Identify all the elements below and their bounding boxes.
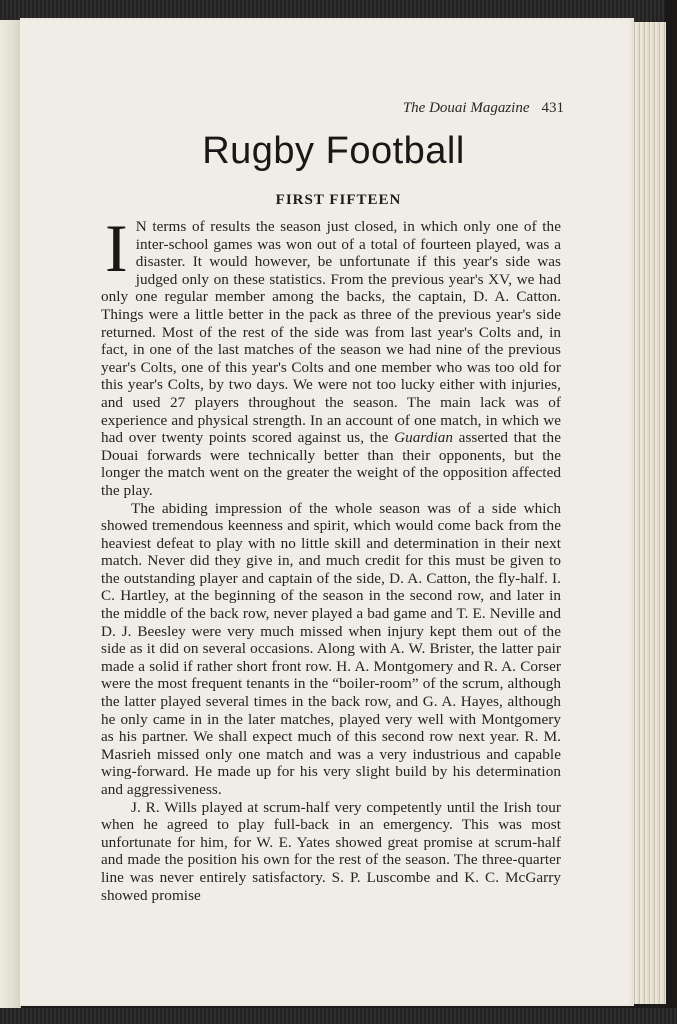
paragraph-2: The abiding impression of the whole seas…: [101, 500, 561, 799]
page-number: 431: [542, 100, 565, 116]
article-body: IN terms of results the season just clos…: [101, 218, 561, 904]
paragraph-text: terms of results the season just closed,…: [101, 218, 561, 446]
book-cover-bottom: [0, 1008, 677, 1024]
section-heading: FIRST FIFTEEN: [0, 192, 677, 209]
drop-cap: I: [105, 220, 128, 276]
magazine-name: The Douai Magazine: [403, 100, 530, 116]
paragraph-3: J. R. Wills played at scrum-half very co…: [101, 799, 561, 905]
paragraph-1: IN terms of results the season just clos…: [101, 218, 561, 500]
running-head: The Douai Magazine431: [0, 100, 564, 117]
first-word-rest: N: [136, 218, 147, 235]
article-title: Rugby Football: [0, 130, 667, 173]
publication-name: Guardian: [394, 429, 453, 446]
